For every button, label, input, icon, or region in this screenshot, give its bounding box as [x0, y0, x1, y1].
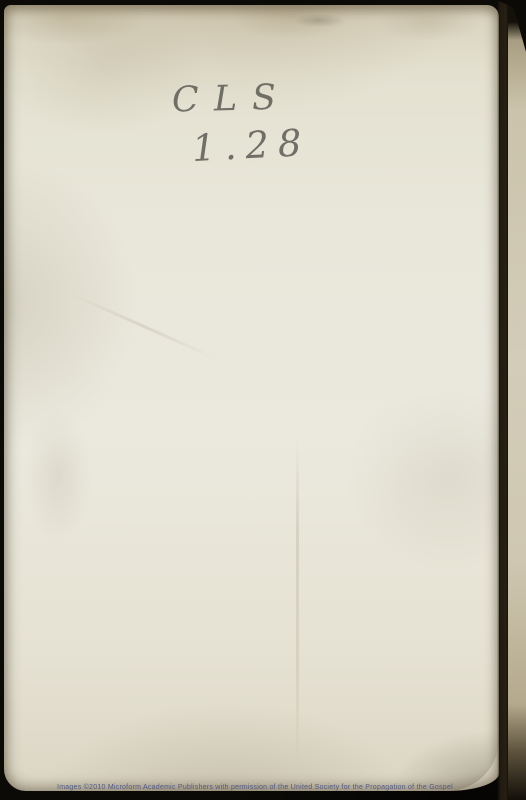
handwritten-shelfmark-line2: 1.28	[191, 121, 311, 170]
page-curl-shadow	[319, 701, 499, 791]
paper-stain-top	[4, 5, 499, 53]
paper-stain-left	[22, 385, 112, 565]
pencil-smudge	[284, 13, 354, 28]
page-leaf: CLS 1.28	[4, 5, 499, 791]
book-scan: CLS 1.28 Images ©2010 Microform Academic…	[0, 0, 526, 800]
handwritten-shelfmark-line1: CLS	[171, 77, 291, 120]
paper-crease-diagonal	[70, 293, 217, 361]
paper-crease-vertical	[296, 435, 299, 765]
page-block-fore-edge	[508, 0, 526, 800]
